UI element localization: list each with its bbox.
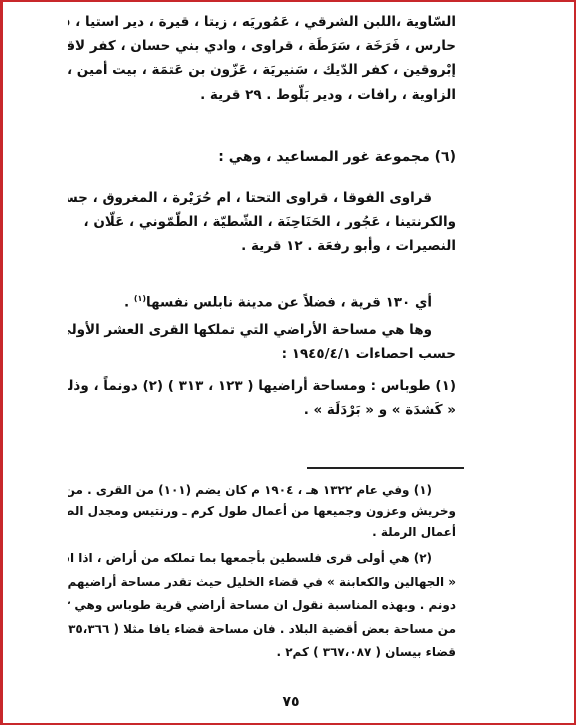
text-line: حارس ، فَرَخَة ، سَرَطَة ، قراوى ، وادي … xyxy=(68,34,456,58)
footnote-1: (١) وفي عام ١٣٢٢ هـ ، ١٩٠٤ م كان يضم (١٠… xyxy=(68,480,456,543)
footnote-line: من مساحة بعض أقضية البلاد . فان مساحة قض… xyxy=(68,618,456,642)
page-number: ٧٥ xyxy=(3,694,576,710)
footnote-line: دونم . وبهذه المناسبة نقول ان مساحة أراض… xyxy=(68,594,456,618)
total-villages-paragraph: أي ١٣٠ قرية ، فضلاً عن مدينة نابلس نفسها… xyxy=(68,287,456,315)
section-heading-group-6: (٦) مجموعة غور المساعيد ، وهي : xyxy=(68,145,456,169)
text-line: أي ١٣٠ قرية ، فضلاً عن مدينة نابلس نفسها… xyxy=(68,287,456,315)
total-end: . xyxy=(124,295,134,311)
text-line: حسب احصاءات ١٩٤٥/٤/١ : xyxy=(68,342,456,366)
scanned-book-page: السّاوية ،اللبن الشرقي ، عَمُوريَه ، زيت… xyxy=(0,0,576,725)
text-line: والكرنتينا ، عَجُور ، الحَنَاحِنَة ، الش… xyxy=(68,210,456,234)
footnote-line: (٢) هي أولى قرى فلسطين بأجمعها بما تملكه… xyxy=(68,547,456,571)
footnote-separator xyxy=(307,467,464,469)
item-1-tubas: (١) طوباس : ومساحة أراضيها ( ١٢٣ ، ٣١٣ )… xyxy=(68,374,456,422)
text-line: وها هي مساحة الأراضي التي تملكها القرى ا… xyxy=(68,318,456,342)
footnote-ref-1: (١) xyxy=(134,294,146,303)
footnote-line: وخريش وعزون وجميعها من أعمال طول كرم ـ و… xyxy=(68,501,456,522)
group-6-villages-list: قراوى الفوقا ، قراوى التحتا ، ام حُرَيْر… xyxy=(68,186,456,259)
footnote-line: قضاء بيسان ( ٣٦٧،٠٨٧ ) كم٢ . xyxy=(68,641,456,665)
footnote-line: « الجهالين والكعابنة » في قضاء الخليل حي… xyxy=(68,571,456,595)
text-line: (١) طوباس : ومساحة أراضيها ( ١٢٣ ، ٣١٣ )… xyxy=(68,374,456,398)
total-text: أي ١٣٠ قرية ، فضلاً عن مدينة نابلس نفسها xyxy=(146,295,432,311)
text-line: السّاوية ،اللبن الشرقي ، عَمُوريَه ، زيت… xyxy=(68,10,456,34)
footnote-2: (٢) هي أولى قرى فلسطين بأجمعها بما تملكه… xyxy=(68,547,456,665)
text-line: « كَشدَة » و « بَرْدَلَة » . xyxy=(68,398,456,422)
heading-text: (٦) مجموعة غور المساعيد ، وهي : xyxy=(68,145,456,169)
footnote-line: (١) وفي عام ١٣٢٢ هـ ، ١٩٠٤ م كان يضم (١٠… xyxy=(68,480,456,501)
text-line: النصيرات ، وأبو رفعَة . ١٢ قرية . xyxy=(68,234,456,258)
land-area-intro: وها هي مساحة الأراضي التي تملكها القرى ا… xyxy=(68,318,456,366)
villages-list-continuation: السّاوية ،اللبن الشرقي ، عَمُوريَه ، زيت… xyxy=(68,10,456,107)
text-line: قراوى الفوقا ، قراوى التحتا ، ام حُرَيْر… xyxy=(68,186,456,210)
footnote-line: أعمال الرملة . xyxy=(68,522,456,543)
text-line: الزاوية ، رافات ، ودير بَلّوط . ٢٩ قرية … xyxy=(68,83,456,107)
text-line: إبْروقين ، كفر الدّيك ، سَنيريَة ، عَزّو… xyxy=(68,58,456,82)
